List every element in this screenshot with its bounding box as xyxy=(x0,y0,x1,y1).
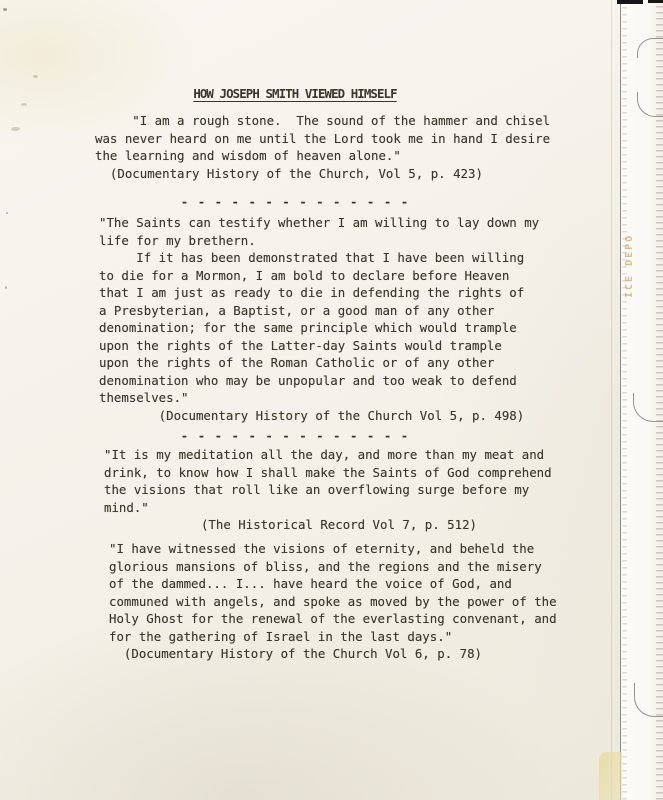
scanner-edge-bar xyxy=(617,0,643,4)
smudge-mark xyxy=(21,103,27,106)
page-title: HOW JOSEPH SMITH VIEWED HIMSELF xyxy=(0,86,590,101)
ink-speck xyxy=(6,212,8,214)
quote-lay-down-life: "The Saints can testify whether I am wil… xyxy=(99,214,539,424)
separator-dashes: - - - - - - - - - - - - - - xyxy=(0,194,590,209)
smudge-mark xyxy=(11,127,20,131)
quote-meditation: "It is my meditation all the day, and mo… xyxy=(104,446,552,534)
scanned-document: HOW JOSEPH SMITH VIEWED HIMSELF "I am a … xyxy=(0,0,663,800)
paper-edge-shadow xyxy=(611,0,612,800)
paper-sheet: HOW JOSEPH SMITH VIEWED HIMSELF "I am a … xyxy=(0,0,621,800)
scanner-edge-bar xyxy=(648,0,663,3)
edge-vertical-text: ICE DEPO xyxy=(624,198,635,298)
ink-speck xyxy=(3,8,7,11)
quote-rough-stone: "I am a rough stone. The sound of the ha… xyxy=(95,112,550,182)
yellow-paper-corner xyxy=(599,752,622,800)
perforation-texture-inner xyxy=(622,0,627,800)
quote-visions-of-eternity: "I have witnessed the visions of eternit… xyxy=(109,540,557,663)
ink-speck xyxy=(5,286,7,289)
smudge-mark xyxy=(33,75,38,78)
separator-dashes: - - - - - - - - - - - - - - xyxy=(0,428,590,443)
